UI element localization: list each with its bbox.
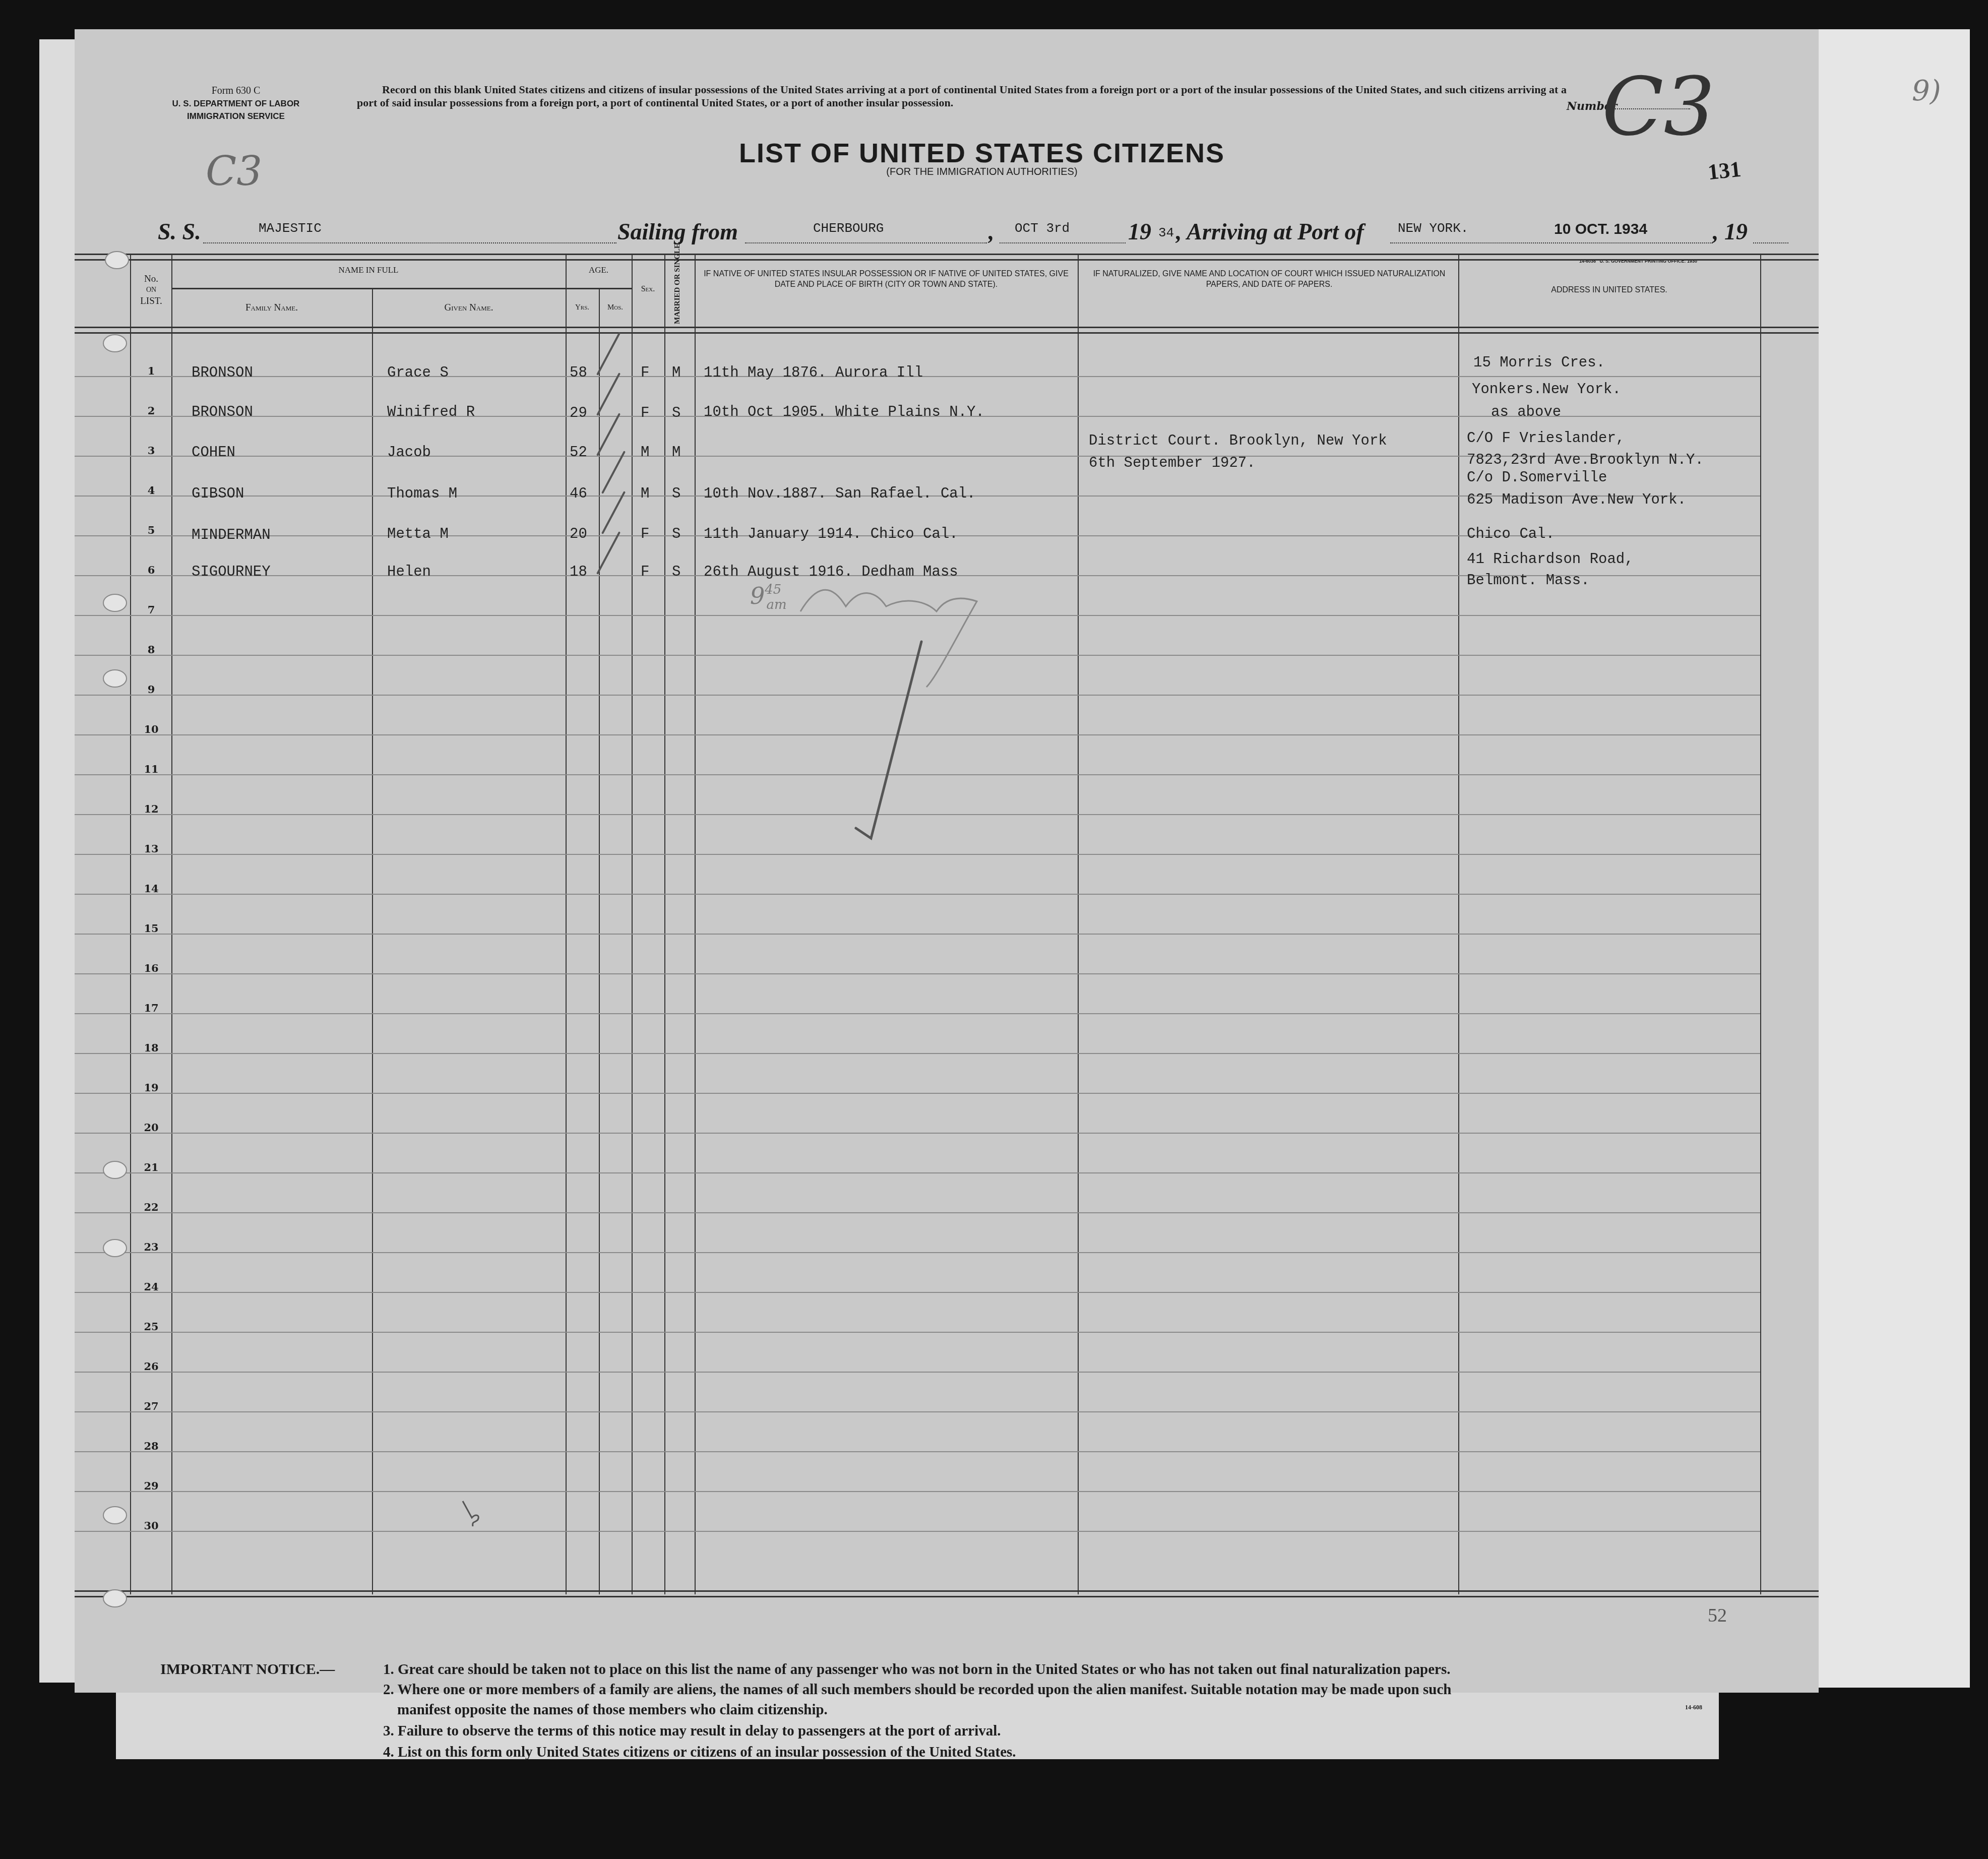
page-title: LIST OF UNITED STATES CITIZENS [629, 138, 1335, 169]
sex: F [641, 405, 649, 421]
marital-status: M [672, 364, 680, 381]
address-line: Belmont. Mass. [1467, 572, 1590, 589]
manifest-page: Form 630 C U. S. DEPARTMENT OF LABOR IMM… [75, 29, 1819, 1693]
punch-hole [103, 1239, 127, 1257]
back-sheet-annotation: 9) [1912, 75, 1941, 107]
row-number: 29 [136, 1479, 166, 1492]
row-number: 27 [136, 1400, 166, 1412]
age-years: 20 [570, 526, 587, 542]
row-rule [75, 1491, 1760, 1492]
row-rule [75, 1093, 1760, 1094]
row-number: 10 [136, 723, 166, 735]
row-number: 17 [136, 1002, 166, 1014]
arrival-date-stamp: 10 OCT. 1934 [1554, 221, 1647, 238]
row-number: 21 [136, 1161, 166, 1173]
punch-hole [103, 334, 127, 352]
age-years: 18 [570, 564, 587, 580]
sex: M [641, 444, 649, 461]
birth-info: 11th January 1914. Chico Cal. [704, 526, 958, 542]
address-line: 625 Madison Ave.New York. [1467, 491, 1686, 508]
family-name: MINDERMAN [192, 527, 271, 543]
given-name: Thomas M [387, 485, 457, 502]
header-age: AGE. [566, 265, 632, 275]
row-rule [75, 1013, 1760, 1014]
row-rule [75, 973, 1760, 974]
row-rule [75, 1531, 1760, 1532]
row-number: 13 [136, 842, 166, 855]
row-number: 7 [136, 603, 166, 616]
header-mos: Mos. [599, 302, 632, 313]
port-from: CHERBOURG [813, 221, 884, 236]
sex: F [641, 526, 649, 542]
marital-status: S [672, 526, 680, 542]
row-number: 26 [136, 1360, 166, 1373]
notice-item-2-continued: manifest opposite the names of those mem… [397, 1700, 1824, 1719]
arrival-port: NEW YORK. [1398, 221, 1468, 236]
row-number: 12 [136, 802, 166, 815]
row-rule [75, 1212, 1760, 1213]
header-name-in-full: NAME IN FULL [171, 265, 566, 275]
given-name: Jacob [387, 444, 431, 461]
voyage-line: S. S. MAJESTIC Sailing from CHERBOURG , … [158, 218, 1821, 259]
birth-info: 11th May 1876. Aurora Ill [704, 364, 923, 381]
header-birth: IF NATIVE OF UNITED STATES INSULAR POSSE… [702, 269, 1070, 290]
row-number: 18 [136, 1041, 166, 1054]
check-mark-icon [596, 332, 620, 376]
given-name: Metta M [387, 526, 449, 542]
given-name: Helen [387, 564, 431, 580]
row-number: 28 [136, 1440, 166, 1452]
sex: F [641, 364, 649, 381]
row-rule [75, 1451, 1760, 1452]
row-number: 4 [136, 484, 166, 497]
header-family-name: Family Name. [171, 302, 372, 313]
pencil-mark-icon [458, 1499, 488, 1529]
header-naturalized: IF NATURALIZED, GIVE NAME AND LOCATION O… [1088, 269, 1451, 290]
row-rule [75, 1411, 1760, 1412]
row-number: 6 [136, 564, 166, 576]
row-number: 1 [136, 364, 166, 377]
header-bottom-rule [75, 327, 1819, 334]
check-mark-icon [596, 531, 620, 575]
family-name: COHEN [192, 444, 235, 461]
naturalization-info: District Court. Brooklyn, New York 6th S… [1089, 430, 1387, 474]
form-number: Form 630 C [135, 85, 337, 97]
row-number: 8 [136, 643, 166, 656]
family-name: SIGOURNEY [192, 564, 271, 580]
row-number: 2 [136, 404, 166, 417]
row-number: 24 [136, 1280, 166, 1293]
row-rule [75, 1172, 1760, 1173]
row-number: 19 [136, 1081, 166, 1094]
header-sex: Sex. [632, 284, 664, 294]
row-rule [75, 1252, 1760, 1253]
header-no: No.ONLIST. [131, 274, 171, 307]
marital-status: S [672, 485, 680, 502]
form-identifier: Form 630 C U. S. DEPARTMENT OF LABOR IMM… [135, 85, 337, 122]
notice-item-4: 4. List on this form only United States … [383, 1743, 1810, 1762]
row-number: 11 [136, 763, 166, 775]
notice-heading: IMPORTANT NOTICE.— [160, 1660, 382, 1679]
age-years: 58 [570, 364, 587, 381]
svg-text:945am: 945am [750, 582, 787, 612]
ship-field-line [203, 242, 616, 243]
arriving-label: , Arriving at Port of [1176, 218, 1364, 245]
row-number: 20 [136, 1121, 166, 1134]
address-line: as above [1491, 404, 1561, 420]
punch-hole [105, 251, 129, 269]
row-number: 15 [136, 922, 166, 935]
check-mark-icon [596, 413, 620, 456]
arrival-field-line [1390, 242, 1713, 243]
address-line: Yonkers.New York. [1472, 381, 1621, 398]
row-number: 22 [136, 1201, 166, 1213]
form-code: 14-608 [1685, 1704, 1702, 1711]
row-rule [75, 1133, 1760, 1134]
row-number: 14 [136, 882, 166, 895]
form-preamble: Record on this blank United States citiz… [357, 83, 1567, 109]
punch-hole [103, 669, 127, 688]
notice-item-3: 3. Failure to observe the terms of this … [383, 1721, 1810, 1741]
given-name: Grace S [387, 364, 449, 381]
citizens-table: No.ONLIST. NAME IN FULL Family Name. Giv… [75, 254, 1819, 1589]
address-line: C/O F Vrieslander, [1467, 430, 1625, 447]
row-rule [75, 934, 1760, 935]
table-bottom-rule [75, 1590, 1819, 1597]
ship-name: MAJESTIC [259, 221, 322, 236]
row-rule [75, 1372, 1760, 1373]
notice-item-2: 2. Where one or more members of a family… [383, 1680, 1810, 1699]
birth-info: 10th Nov.1887. San Rafael. Cal. [704, 485, 976, 502]
address-line: 15 Morris Cres. [1473, 354, 1605, 371]
trailing-year: , 19 [1713, 218, 1748, 245]
sailing-date: OCT 3rd [1015, 221, 1070, 236]
family-name: BRONSON [192, 404, 253, 420]
year-suffix: 34 [1158, 225, 1174, 240]
list-number-handwritten: C3 [1602, 59, 1715, 154]
page-number: 52 [1708, 1604, 1727, 1627]
sex: F [641, 564, 649, 580]
sex: M [641, 485, 649, 502]
row-number: 23 [136, 1241, 166, 1253]
check-mark-icon [596, 373, 620, 416]
ss-label: S. S. [158, 218, 201, 245]
punch-hole [103, 1589, 127, 1607]
address-line: 7823,23rd Ave.Brooklyn N.Y. [1467, 452, 1704, 468]
year-prefix: 19 [1128, 218, 1151, 245]
notice-item-1: 1. Great care should be taken not to pla… [383, 1660, 1810, 1679]
stamped-number: 131 [1707, 156, 1743, 185]
port-from-field-line [745, 242, 987, 243]
row-number: 5 [136, 524, 166, 536]
row-number: 9 [136, 683, 166, 696]
row-rule [75, 1053, 1760, 1054]
punch-hole [103, 1506, 127, 1524]
address-line: Chico Cal. [1467, 526, 1555, 542]
address-line: 41 Richardson Road, [1467, 551, 1634, 568]
check-mark-icon [601, 491, 626, 534]
family-name: GIBSON [192, 485, 244, 502]
age-years: 29 [570, 405, 587, 421]
header-given-name: Given Name. [372, 302, 566, 313]
row-number: 3 [136, 444, 166, 457]
row-number: 25 [136, 1320, 166, 1333]
row-rule [75, 1332, 1760, 1333]
back-sheet: 9) [1794, 29, 1970, 1688]
table-top-rule [75, 254, 1819, 261]
row-rule [75, 1292, 1760, 1293]
inspector-signature-icon: 945am [654, 576, 1108, 929]
given-name: Winifred R [387, 404, 475, 420]
family-name: BRONSON [192, 364, 253, 381]
punch-hole [103, 1161, 127, 1179]
age-years: 46 [570, 485, 587, 502]
service-name: IMMIGRATION SERVICE [135, 110, 337, 122]
date-field-line [1000, 242, 1126, 243]
header-yrs: Yrs. [566, 302, 599, 313]
address-line: C/o D.Somerville [1467, 469, 1607, 486]
header-address: ADDRESS IN UNITED STATES. [1458, 285, 1760, 295]
page-subtitle: (FOR THE IMMIGRATION AUTHORITIES) [629, 166, 1335, 178]
age-years: 52 [570, 444, 587, 461]
marital-status: S [672, 405, 680, 421]
check-mark-icon [601, 451, 626, 494]
department-name: U. S. DEPARTMENT OF LABOR [135, 97, 337, 110]
margin-annotation: C3 [206, 148, 262, 195]
birth-info: 10th Oct 1905. White Plains N.Y. [704, 404, 984, 420]
row-number: 16 [136, 962, 166, 974]
binding-strip [39, 39, 75, 1683]
row-number: 30 [136, 1519, 166, 1532]
marital-status: M [672, 444, 680, 461]
header-married-single: MARRIED OR SINGLE. [673, 241, 682, 324]
punch-hole [103, 594, 127, 612]
